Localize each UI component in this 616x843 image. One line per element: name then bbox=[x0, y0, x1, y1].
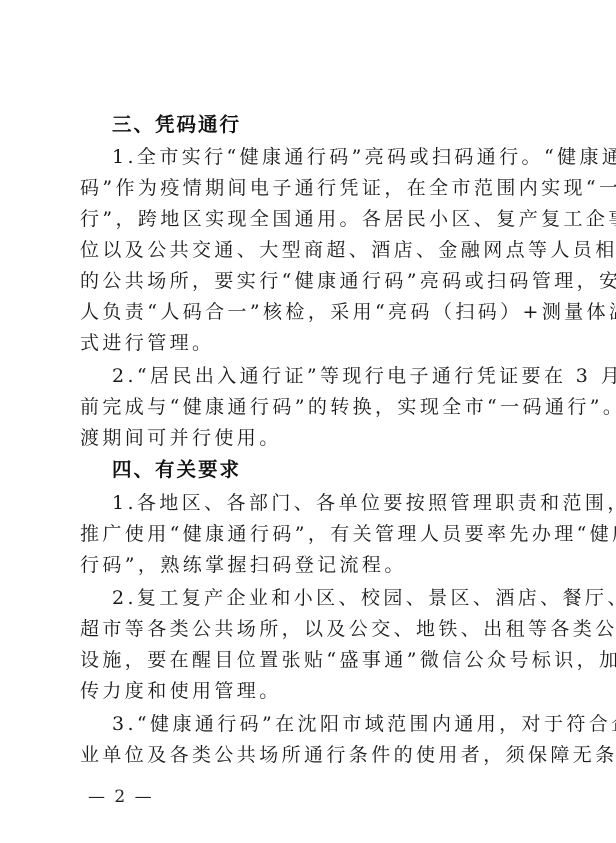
paragraph-line: 2.“居民出入通行证”等现行电子通行凭证要在 3 月 31 日 bbox=[112, 364, 538, 388]
paragraph-line: 位以及公共交通、大型商超、酒店、金融网点等人员相对密集 bbox=[80, 238, 538, 262]
document-page: 三、凭码通行 1.全市实行“健康通行码”亮码或扫码通行。“健康通行 码”作为疫情… bbox=[0, 0, 616, 843]
paragraph-line: 超市等各类公共场所，以及公交、地铁、出租等各类公共交通 bbox=[80, 617, 538, 641]
paragraph-line: 行码”，熟练掌握扫码登记流程。 bbox=[80, 553, 538, 577]
paragraph-line: 的公共场所，要实行“健康通行码”亮码或扫码管理，安排专 bbox=[80, 269, 538, 293]
paragraph-line: 1.全市实行“健康通行码”亮码或扫码通行。“健康通行 bbox=[112, 145, 538, 169]
paragraph-line: 前完成与“健康通行码”的转换，实现全市“一码通行”。过 bbox=[80, 395, 538, 419]
section-heading-4: 四、有关要求 bbox=[112, 458, 241, 482]
paragraph-line: 传力度和使用管理。 bbox=[80, 679, 538, 703]
paragraph-line: 1.各地区、各部门、各单位要按照管理职责和范围，全面 bbox=[112, 491, 538, 515]
paragraph-line: 式进行管理。 bbox=[80, 331, 538, 355]
section-heading-3: 三、凭码通行 bbox=[112, 113, 241, 137]
paragraph-line: 业单位及各类公共场所通行条件的使用者，须保障无条件通行， bbox=[80, 743, 538, 767]
paragraph-line: 设施，要在醒目位置张贴“盛事通”微信公众号标识，加大宣 bbox=[80, 648, 538, 672]
paragraph-line: 3.“健康通行码”在沈阳市域范围内通用，对于符合企事 bbox=[112, 712, 538, 736]
paragraph-line: 渡期间可并行使用。 bbox=[80, 426, 538, 450]
page-number: — 2 — bbox=[88, 787, 154, 807]
paragraph-line: 人负责“人码合一”核检，采用“亮码（扫码）+测量体温”方 bbox=[80, 300, 538, 324]
paragraph-line: 2.复工复产企业和小区、校园、景区、酒店、餐厅、商场、 bbox=[112, 586, 538, 610]
paragraph-line: 码”作为疫情期间电子通行凭证，在全市范围内实现“一码通 bbox=[80, 176, 538, 200]
paragraph-line: 行”，跨地区实现全国通用。各居民小区、复产复工企事业单 bbox=[80, 207, 538, 231]
paragraph-line: 推广使用“健康通行码”，有关管理人员要率先办理“健康通 bbox=[80, 522, 538, 546]
